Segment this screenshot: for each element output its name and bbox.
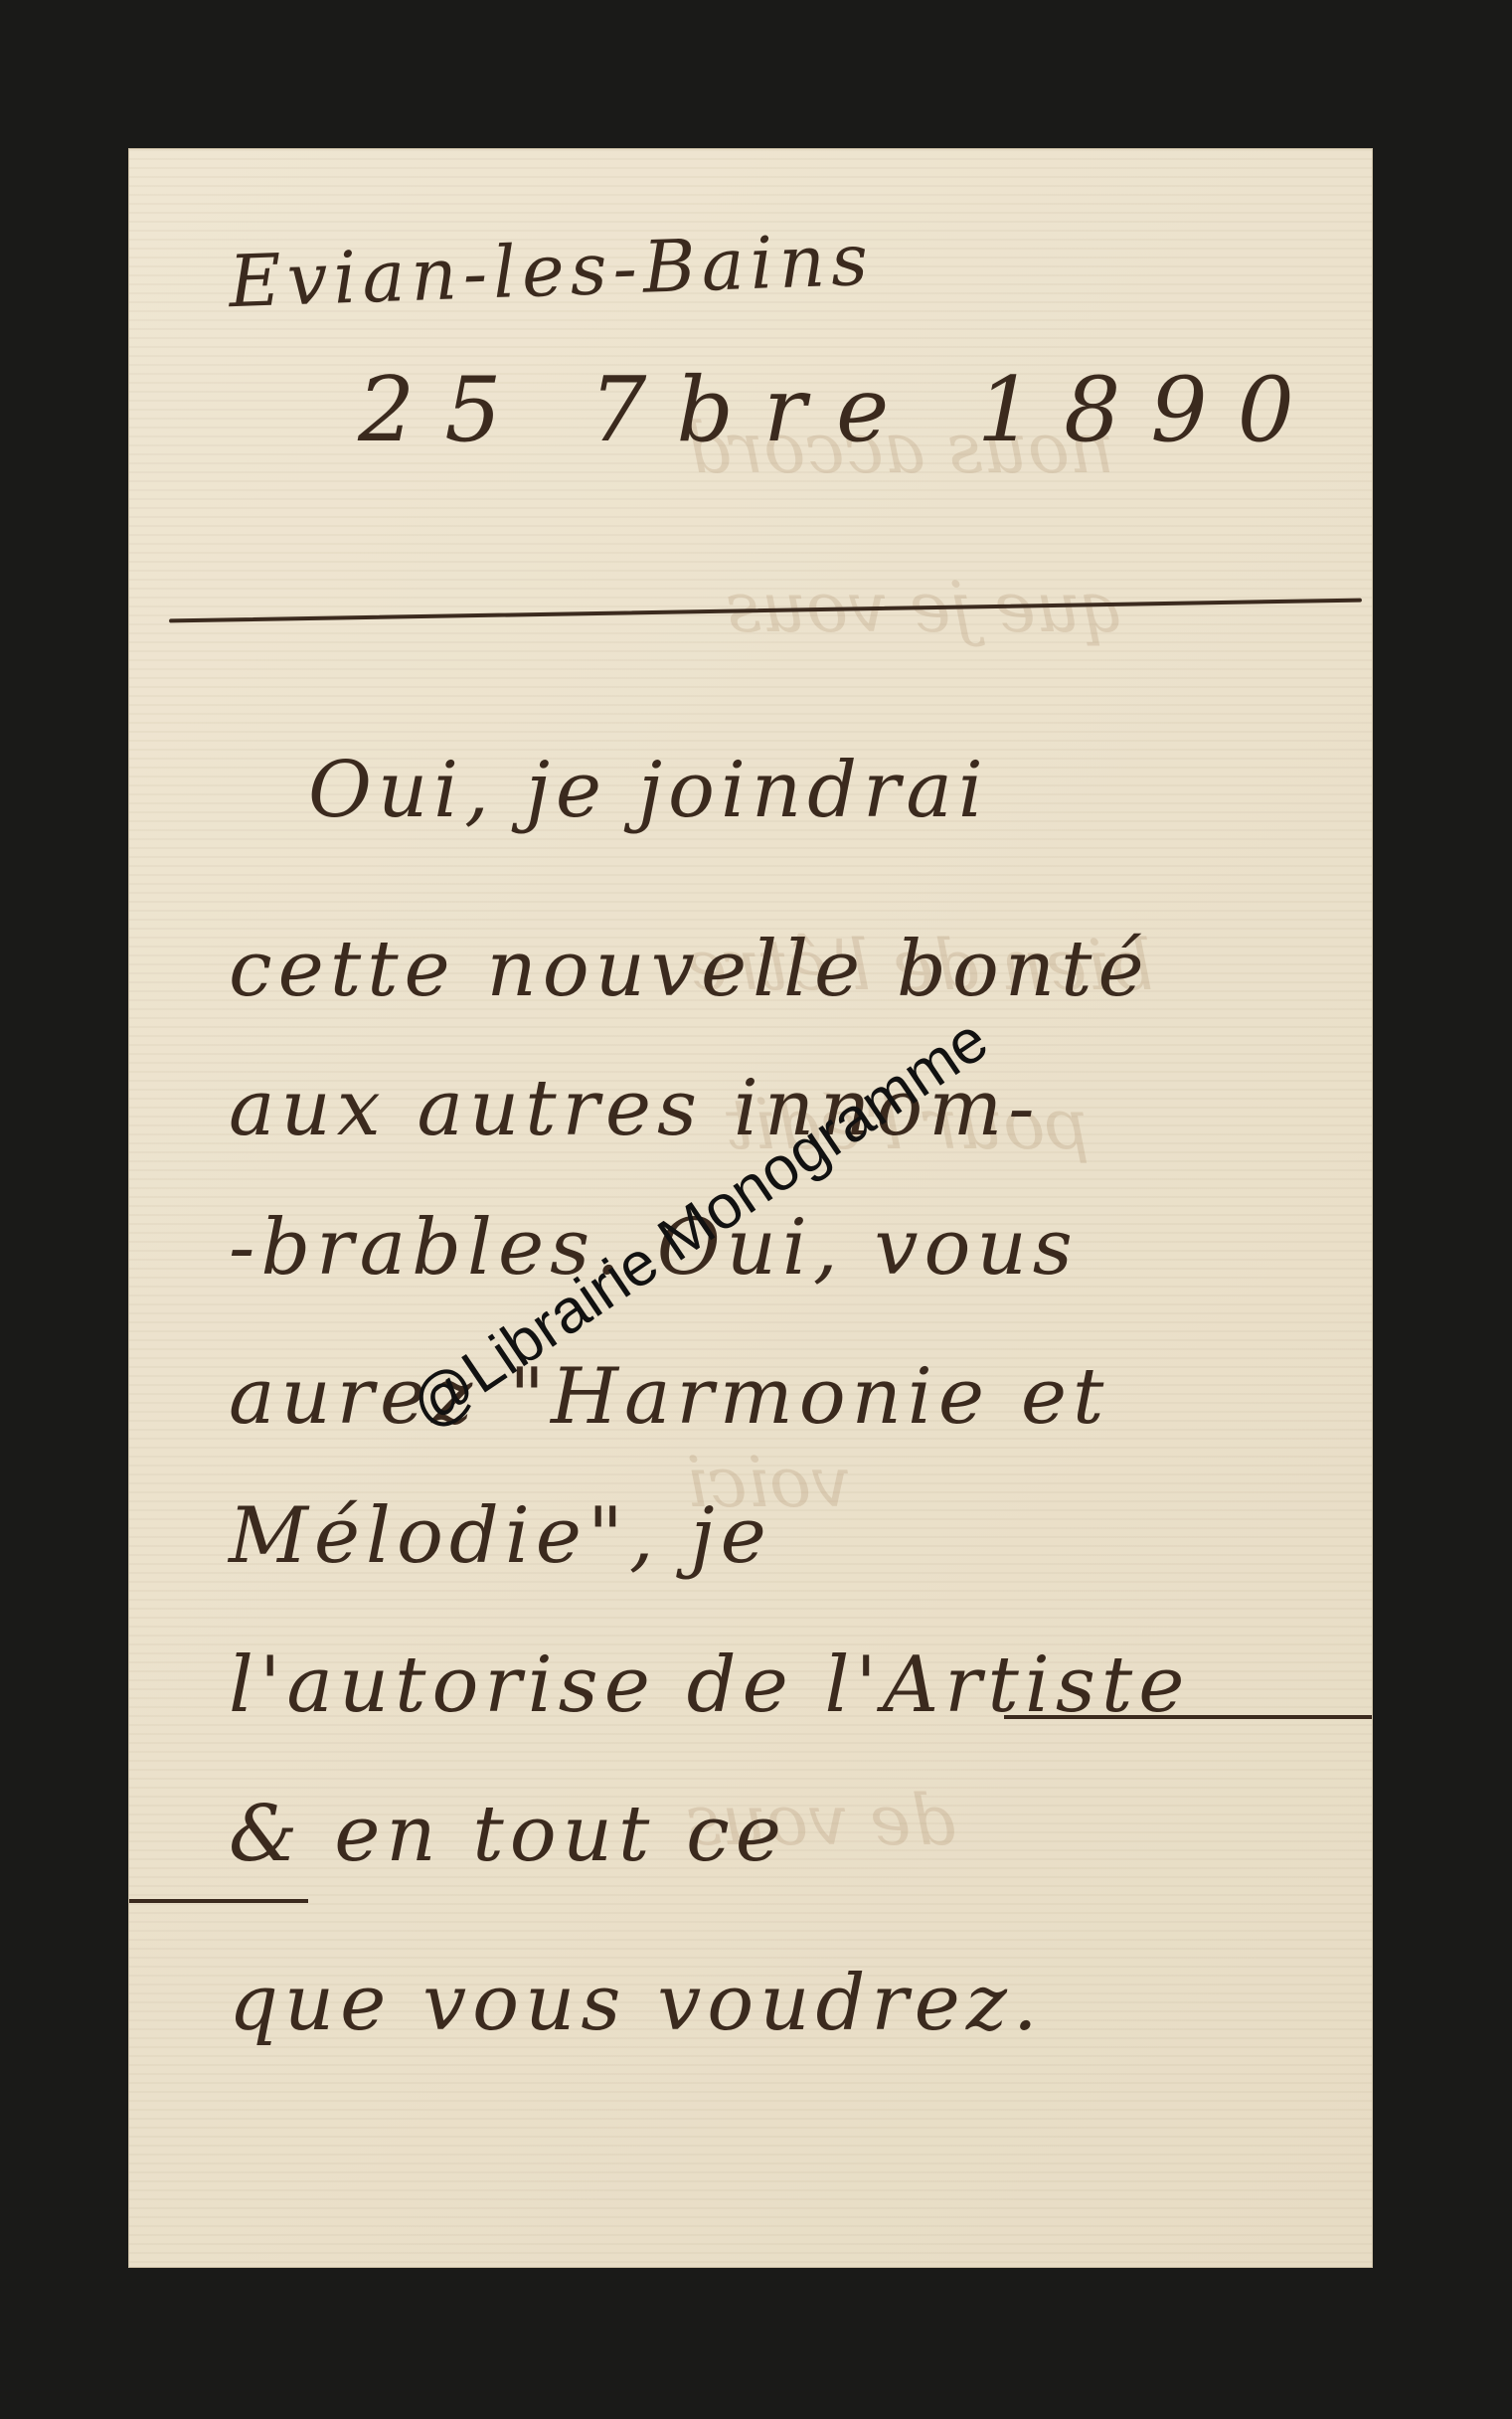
letter-date: 25 7bre 1890 — [358, 358, 1324, 462]
letter-line: cette nouvelle bonté — [229, 925, 1150, 1014]
underline-mark — [129, 1899, 308, 1903]
letter-line: & en tout ce — [229, 1790, 787, 1879]
letter-line: aurez "Harmonie et — [229, 1352, 1109, 1442]
letter-line: Mélodie", je — [229, 1491, 772, 1581]
letter-line: Oui, je joindrai — [308, 746, 989, 835]
letter-place: Evian-les-Bains — [228, 218, 876, 324]
underline-artiste — [1004, 1715, 1372, 1719]
letter-line: que vous voudrez. — [229, 1959, 1044, 2048]
